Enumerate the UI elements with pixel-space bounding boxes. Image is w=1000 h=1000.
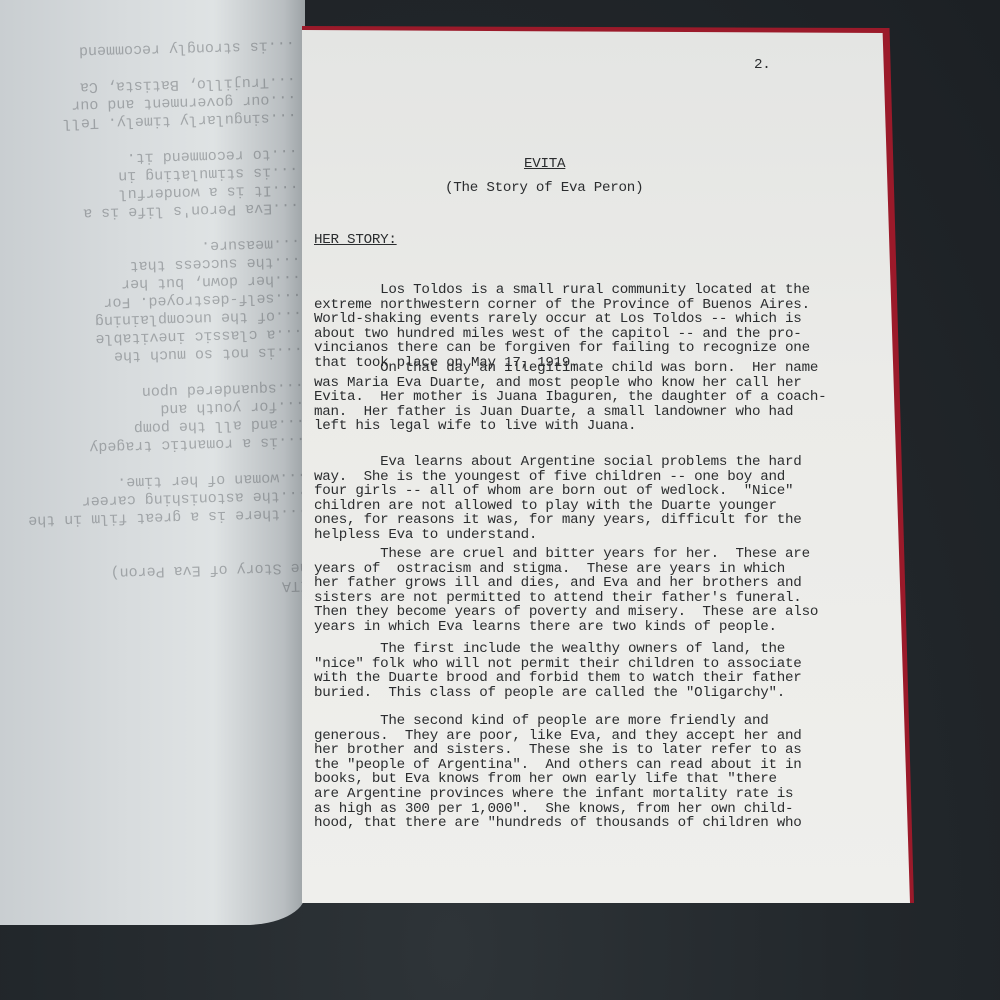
right-page: 2. EVITA (The Story of Eva Peron) HER ST… [302, 30, 910, 903]
paragraph: These are cruel and bitter years for her… [314, 547, 818, 635]
left-page: EVITA (The Story of Eva Peron) ...there … [0, 0, 305, 925]
paragraph: On that day an illegitimate child was bo… [314, 361, 826, 434]
mirrored-show-through-text: EVITA (The Story of Eva Peron) ...there … [0, 35, 305, 602]
section-heading: HER STORY: [314, 233, 397, 248]
paragraph: The second kind of people are more frien… [314, 714, 802, 831]
paragraph: The first include the wealthy owners of … [314, 642, 802, 700]
document-title: EVITA [524, 157, 565, 172]
page-number: 2. [754, 58, 771, 73]
document-subtitle: (The Story of Eva Peron) [445, 181, 643, 196]
paragraph: Eva learns about Argentine social proble… [314, 455, 802, 543]
paragraph: Los Toldos is a small rural community lo… [314, 283, 810, 371]
